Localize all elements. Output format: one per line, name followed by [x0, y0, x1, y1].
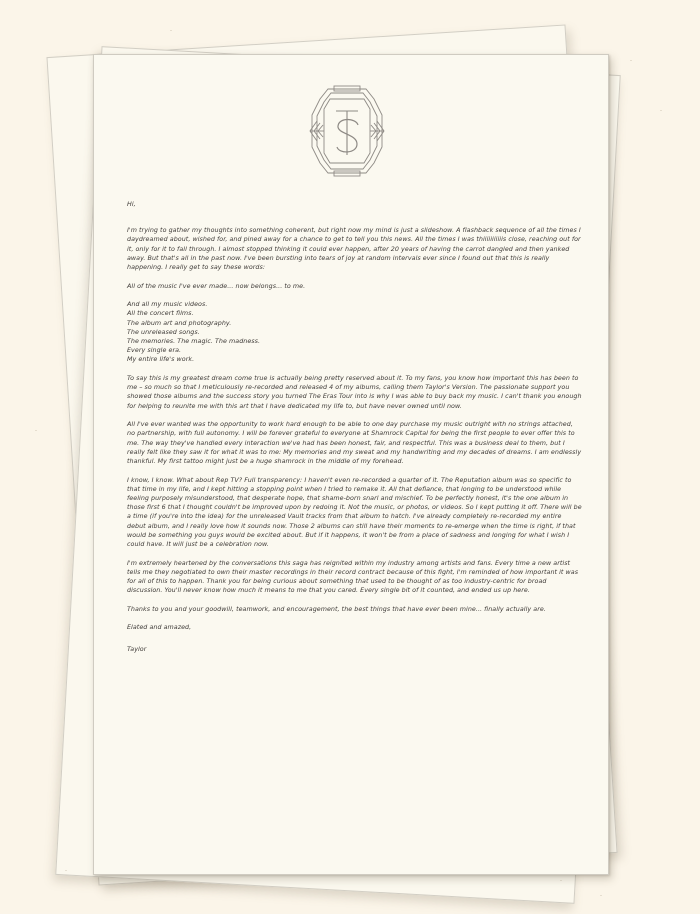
list-line: My entire life's work.: [127, 355, 582, 364]
letter-paragraph: Thanks to you and your goodwill, teamwor…: [127, 605, 582, 614]
letter-paragraph: I'm extremely heartened by the conversat…: [127, 559, 582, 596]
letter-list: And all my music videos. All the concert…: [127, 300, 582, 364]
letter-paragraph: All of the music I've ever made... now b…: [127, 282, 582, 291]
list-line: All the concert films.: [127, 309, 582, 318]
letter-paragraph: All I've ever wanted was the opportunity…: [127, 420, 582, 466]
letter-signature: Taylor: [127, 645, 582, 654]
letter-greeting: Hi,: [127, 200, 582, 209]
list-line: The memories. The magic. The madness.: [127, 337, 582, 346]
list-line: The unreleased songs.: [127, 328, 582, 337]
background-speck: [600, 895, 602, 896]
background-speck: [170, 30, 172, 31]
letter-page: Hi, I'm trying to gather my thoughts int…: [93, 54, 609, 875]
list-line: Every single era.: [127, 346, 582, 355]
list-line: And all my music videos.: [127, 300, 582, 309]
letter-paragraph: I know, I know. What about Rep TV? Full …: [127, 476, 582, 550]
background-speck: [660, 110, 662, 111]
letter-paragraph: I'm trying to gather my thoughts into so…: [127, 226, 582, 272]
ts-monogram-icon: [306, 85, 388, 177]
background-speck: [65, 870, 67, 871]
letter-closing: Elated and amazed,: [127, 623, 582, 632]
letter-paragraph: To say this is my greatest dream come tr…: [127, 374, 582, 411]
background-speck: [630, 60, 632, 61]
list-line: The album art and photography.: [127, 319, 582, 328]
background-speck: [560, 880, 562, 881]
letter-body: Hi, I'm trying to gather my thoughts int…: [127, 200, 582, 663]
background-speck: [35, 430, 37, 431]
